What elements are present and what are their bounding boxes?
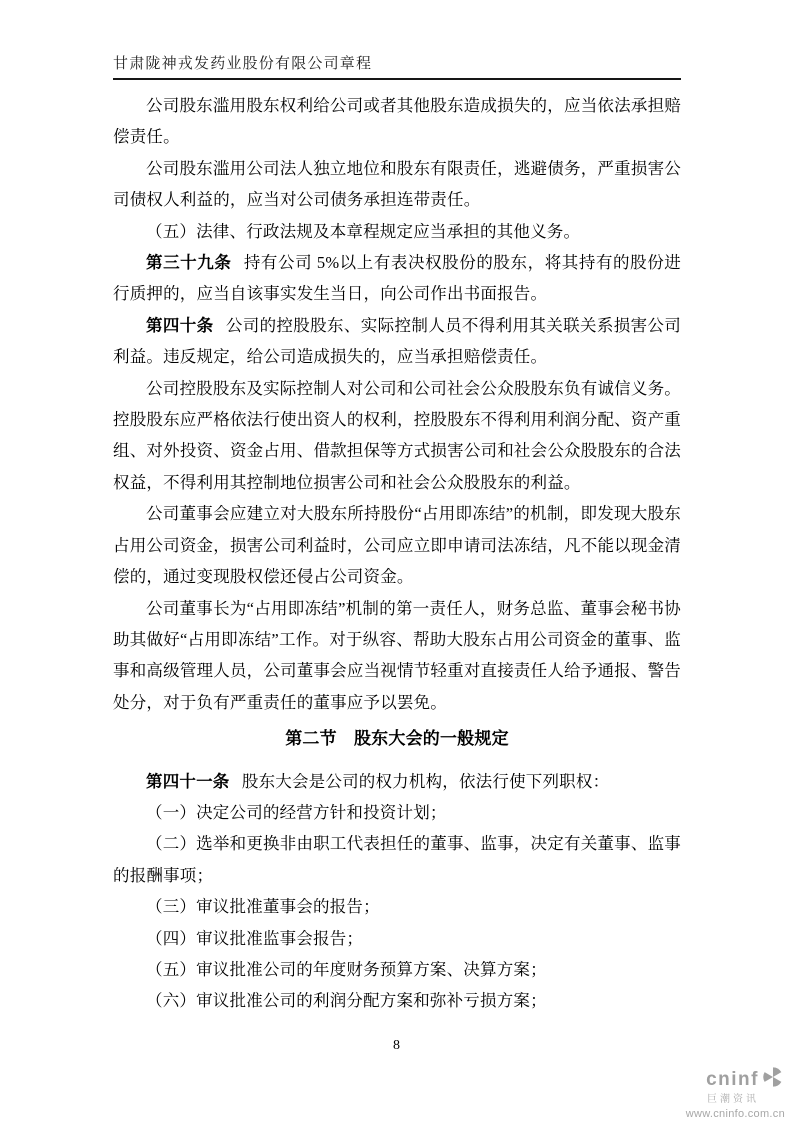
paragraph-text: 公司董事会应建立对大股东所持股份“占用即冻结”的机制，即发现大股东占用公司资金，… — [113, 504, 681, 586]
paragraph: （二）选举和更换非由职工代表担任的董事、监事，决定有关董事、监事的报酬事项； — [113, 828, 681, 891]
paragraph-text: （五）审议批准公司的年度财务预算方案、决算方案； — [146, 960, 547, 979]
paragraph-text: 公司控股股东及实际控制人对公司和公司社会公众股股东负有诚信义务。控股股东应严格依… — [113, 379, 681, 492]
article-number: 第四十条 — [146, 316, 213, 335]
paragraph-text: 第二节 股东大会的一般规定 — [285, 729, 509, 748]
paragraph: 公司股东滥用公司法人独立地位和股东有限责任，逃避债务，严重损害公司债权人利益的，… — [113, 153, 681, 216]
paragraph: （五）审议批准公司的年度财务预算方案、决算方案； — [113, 954, 681, 985]
paragraph: 第三十九条持有公司 5%以上有表决权股份的股东，将其持有的股份进行质押的，应当自… — [113, 247, 681, 310]
paragraph: 公司董事会应建立对大股东所持股份“占用即冻结”的机制，即发现大股东占用公司资金，… — [113, 498, 681, 592]
paragraph: （六）审议批准公司的利润分配方案和弥补亏损方案； — [113, 985, 681, 1016]
page-number: 8 — [0, 1038, 793, 1054]
cninfo-logo: cninf 巨潮资讯 www.cninfo.com.cn — [686, 1066, 785, 1120]
document-page: 甘肃陇神戎发药业股份有限公司章程 公司股东滥用股东权利给公司或者其他股东造成损失… — [0, 0, 793, 1122]
paragraph: 第四十一条股东大会是公司的权力机构，依法行使下列职权： — [113, 766, 681, 797]
paragraph: 公司董事长为“占用即冻结”机制的第一责任人，财务总监、董事会秘书协助其做好“占用… — [113, 593, 681, 719]
cninfo-logo-row: cninf — [686, 1066, 785, 1092]
document-body: 公司股东滥用股东权利给公司或者其他股东造成损失的，应当依法承担赔偿责任。公司股东… — [113, 90, 681, 1017]
document-header-title: 甘肃陇神戎发药业股份有限公司章程 — [113, 52, 681, 73]
paragraph: （一）决定公司的经营方针和投资计划； — [113, 797, 681, 828]
cninfo-url: www.cninfo.com.cn — [686, 1109, 785, 1120]
paragraph: 公司股东滥用股东权利给公司或者其他股东造成损失的，应当依法承担赔偿责任。 — [113, 90, 681, 153]
paragraph: （五）法律、行政法规及本章程规定应当承担的其他义务。 — [113, 216, 681, 247]
cninfo-chinese-name: 巨潮资讯 — [686, 1095, 759, 1105]
cninfo-brand-text: cninf — [706, 1070, 759, 1089]
paragraph: （三）审议批准董事会的报告； — [113, 891, 681, 922]
paragraph-text: （二）选举和更换非由职工代表担任的董事、监事，决定有关董事、监事的报酬事项； — [113, 834, 681, 884]
cninfo-swirl-icon — [761, 1066, 785, 1092]
article-number: 第三十九条 — [146, 253, 231, 272]
paragraph-text: （四）审议批准监事会报告； — [146, 929, 363, 948]
article-number: 第四十一条 — [146, 772, 230, 791]
page-header: 甘肃陇神戎发药业股份有限公司章程 — [113, 52, 681, 80]
section-heading: 第二节 股东大会的一般规定 — [113, 723, 681, 754]
paragraph-text: 公司股东滥用公司法人独立地位和股东有限责任，逃避债务，严重损害公司债权人利益的，… — [113, 159, 681, 209]
paragraph-text: 公司股东滥用股东权利给公司或者其他股东造成损失的，应当依法承担赔偿责任。 — [113, 96, 681, 146]
paragraph-text: （三）审议批准董事会的报告； — [146, 897, 380, 916]
paragraph: 第四十条公司的控股股东、实际控制人员不得利用其关联关系损害公司利益。违反规定，给… — [113, 310, 681, 373]
paragraph-text: 公司董事长为“占用即冻结”机制的第一责任人，财务总监、董事会秘书协助其做好“占用… — [113, 599, 681, 712]
paragraph-text: 股东大会是公司的权力机构，依法行使下列职权： — [242, 772, 609, 791]
paragraph: 公司控股股东及实际控制人对公司和公司社会公众股股东负有诚信义务。控股股东应严格依… — [113, 373, 681, 499]
paragraph: （四）审议批准监事会报告； — [113, 923, 681, 954]
paragraph-text: （五）法律、行政法规及本章程规定应当承担的其他义务。 — [146, 222, 580, 241]
paragraph-text: （六）审议批准公司的利润分配方案和弥补亏损方案； — [146, 991, 547, 1010]
paragraph-text: （一）决定公司的经营方针和投资计划； — [146, 803, 447, 822]
